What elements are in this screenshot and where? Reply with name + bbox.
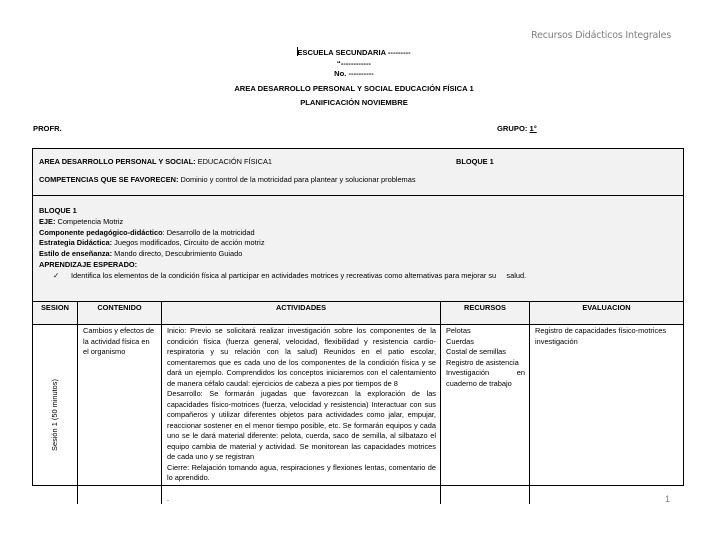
aprendizaje-label: APRENDIZAJE ESPERADO: — [39, 260, 677, 271]
column-header-sesion: SESION — [33, 302, 78, 324]
aprendizaje-value: Identifica los elementos de la condición… — [71, 271, 526, 280]
eje-value: Competencia Motriz — [57, 217, 123, 226]
estrategia-value: Juegos modificados, Circuito de acción m… — [114, 238, 264, 247]
grupo-field: GRUPO: 1° — [497, 124, 537, 133]
school-name: ESCUELA SECUNDARIA --------- — [0, 47, 708, 59]
school-number: No. ---------- — [0, 69, 708, 80]
recurso-item: Pelotas — [446, 326, 525, 337]
competencias-value: Dominio y control de la motricidad para … — [181, 175, 416, 184]
recurso-item: Cuerdas — [446, 337, 525, 348]
column-header-actividades: ACTIVIDADES — [162, 302, 441, 324]
area-value: EDUCACIÓN FÍSICA1 — [198, 157, 272, 166]
column-header-contenido: CONTENIDO — [78, 302, 162, 324]
estrategia-label: Estrategia Didáctica: — [39, 238, 114, 247]
school-name-text: ESCUELA SECUNDARIA --------- — [297, 48, 410, 57]
area-title: AREA DESARROLLO PERSONAL Y SOCIAL EDUCAC… — [0, 84, 708, 95]
recurso-item: Investigación en cuaderno de trabajo — [446, 368, 525, 389]
actividad-desarrollo: Desarrollo: Se formarán jugadas que favo… — [167, 389, 436, 463]
componente-label: Componente pedagógico-didáctico — [39, 228, 163, 237]
planning-title: PLANIFICACIÓN NOVIEMBRE — [0, 98, 708, 109]
page-number: 1 — [665, 494, 670, 504]
bloque-label: BLOQUE 1 — [456, 157, 494, 166]
school-name-line: “------------ — [0, 59, 708, 70]
header-brand: Recursos Didácticos Integrales — [531, 30, 671, 41]
sesion-cell: Sesión 1 (50 minutos) — [33, 325, 78, 504]
actividad-cierre: Cierre: Relajación tomando agua, respira… — [167, 463, 436, 484]
actividad-inicio: Inicio: Previo se solicitará realizar in… — [167, 326, 436, 389]
table-header-row: SESION CONTENIDO ACTIVIDADES RECURSOS EV… — [33, 301, 683, 324]
checkmark-icon: ✓ — [53, 271, 71, 282]
estilo-value: Mando directo, Descubrimiento Guiado — [114, 249, 242, 258]
table-row: Sesión 1 (50 minutos) Cambios y efectos … — [33, 324, 683, 485]
eje-label: EJE: — [39, 217, 57, 226]
column-header-recursos: RECURSOS — [441, 302, 530, 324]
planning-table: AREA DESARROLLO PERSONAL Y SOCIAL: EDUCA… — [32, 148, 684, 486]
contenido-cell: Cambios y efectos de la actividad física… — [78, 325, 162, 504]
grupo-value: 1° — [530, 124, 537, 133]
recursos-cell: Pelotas Cuerdas Costal de semillas Regis… — [441, 325, 530, 504]
area-row: AREA DESARROLLO PERSONAL Y SOCIAL: EDUCA… — [33, 149, 683, 196]
recurso-item: Registro de asistencia — [446, 358, 525, 369]
sesion-label: Sesión 1 (50 minutos) — [50, 379, 61, 451]
area-label: AREA DESARROLLO PERSONAL Y SOCIAL: — [39, 157, 198, 166]
bloque-row: BLOQUE 1 EJE: Competencia Motriz Compone… — [33, 196, 683, 301]
actividades-cell: Inicio: Previo se solicitará realizar in… — [162, 325, 441, 504]
recurso-item: Costal de semillas — [446, 347, 525, 358]
profr-label: PROFR. — [33, 124, 62, 133]
column-header-evaluacion: EVALUACION — [530, 302, 683, 324]
evaluacion-cell: Registro de capacidades físico-motrices … — [530, 325, 683, 504]
actividad-trailing-dot: . — [167, 494, 436, 505]
estilo-label: Estilo de enseñanza: — [39, 249, 114, 258]
grupo-label: GRUPO: — [497, 124, 530, 133]
componente-value: : Desarrollo de la motricidad — [163, 228, 255, 237]
bloque-title: BLOQUE 1 — [39, 206, 677, 217]
competencias-label: COMPETENCIAS QUE SE FAVORECEN: — [39, 175, 181, 184]
document-title-block: ESCUELA SECUNDARIA --------- “----------… — [0, 47, 708, 109]
